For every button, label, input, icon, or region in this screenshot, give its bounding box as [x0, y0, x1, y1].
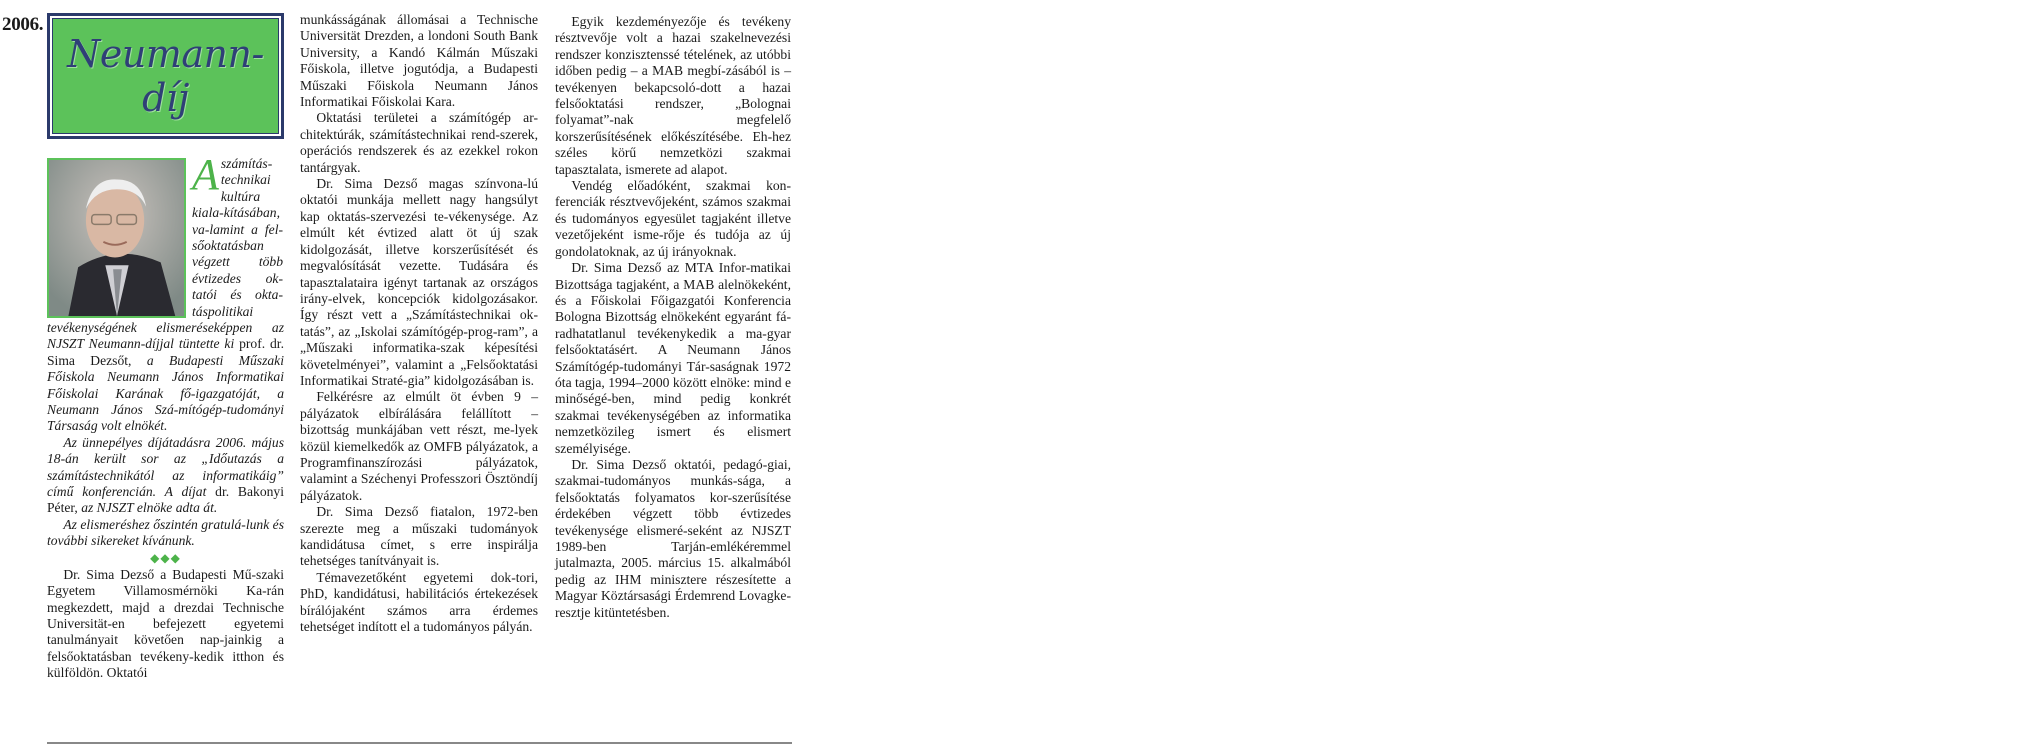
paragraph-award-announcement: tevékenységének elismeréseképpen az NJSZ… — [47, 320, 284, 435]
paragraph-organisation-work: Dr. Sima Dezső magas színvona-lú oktatói… — [300, 176, 538, 389]
bottom-divider — [47, 742, 792, 744]
portrait-image-icon — [49, 160, 184, 316]
article-page: 2006. Neumann- díj Aszámítás- — [0, 0, 790, 746]
paragraph-candidate-title: Dr. Sima Dezső fiatalon, 1972-ben szerez… — [300, 504, 538, 570]
award-title-panel: Neumann- díj — [52, 18, 279, 134]
column-3: Egyik kezdeményezője és tevékeny résztve… — [555, 14, 791, 621]
award-title-line-1: Neumann- — [67, 32, 264, 76]
paragraph-teaching-areas: Oktatási területei a számítógép ar-chite… — [300, 110, 538, 176]
text-italic: az NJSZT elnöke adta át. — [81, 500, 217, 515]
paragraph-committee-work: Felkérésre az elmúlt öt évben 9 – pályáz… — [300, 389, 538, 504]
paragraph-biography-start: Dr. Sima Dezső a Budapesti Mű-szaki Egye… — [47, 567, 284, 682]
column-1: tevékenységének elismeréseképpen az NJSZ… — [47, 320, 284, 682]
award-title-line-2: díj — [142, 76, 189, 120]
drop-cap: A — [192, 158, 219, 192]
intro-italic-lead: Aszámítás-technikai kultúra kiala-kításá… — [192, 156, 283, 320]
paragraph-honours: Dr. Sima Dezső oktatói, pedagó-giai, sza… — [555, 457, 791, 621]
award-title-box: Neumann- díj — [47, 13, 284, 139]
paragraph-guest-lecturer: Vendég előadóként, szakmai kon-ferenciák… — [555, 178, 791, 260]
diamond-divider-icon: ◆◆◆ — [47, 551, 284, 565]
paragraph-supervision: Témavezetőként egyetemi dok-tori, PhD, k… — [300, 570, 538, 636]
column-2: munkásságának állomásai a Technische Uni… — [300, 12, 538, 635]
portrait-photo — [47, 158, 186, 318]
paragraph-congratulations: Az elismeréshez őszintén gratulá-lunk és… — [47, 517, 284, 550]
paragraph-bologna-process: Egyik kezdeményezője és tevékeny résztve… — [555, 14, 791, 178]
paragraph-memberships: Dr. Sima Dezső az MTA Infor-matikai Bizo… — [555, 260, 791, 457]
paragraph-ceremony: Az ünnepélyes díjátadásra 2006. május 18… — [47, 435, 284, 517]
paragraph-career-stations: munkásságának állomásai a Technische Uni… — [300, 12, 538, 110]
award-year: 2006. — [2, 14, 43, 36]
